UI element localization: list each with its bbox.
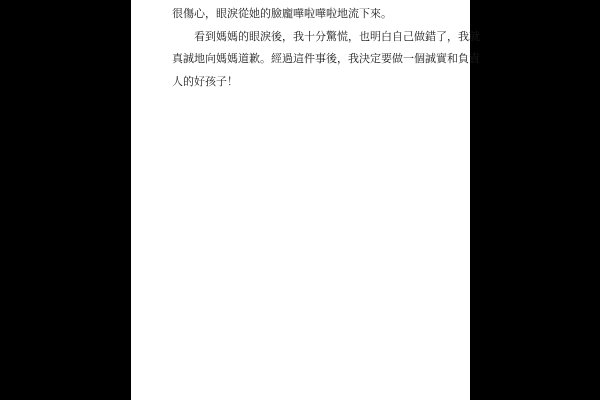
document-body-text: 很傷心，眼淚從她的臉龐嘩啦嘩啦地流下來。 看到媽媽的眼淚後，我十分驚慌，也明白自… — [172, 3, 434, 93]
text-line: 很傷心，眼淚從她的臉龐嘩啦嘩啦地流下來。 — [172, 3, 434, 26]
document-page: 很傷心，眼淚從她的臉龐嘩啦嘩啦地流下來。 看到媽媽的眼淚後，我十分驚慌，也明白自… — [131, 0, 470, 400]
text-line-indented: 看到媽媽的眼淚後，我十分驚慌，也明白自己做錯了，我就 — [172, 26, 434, 49]
text-line: 人的好孩子！ — [172, 71, 434, 94]
text-line: 真誠地向媽媽道歉。經過這件事後，我決定要做一個誠實和負責 — [172, 48, 434, 71]
